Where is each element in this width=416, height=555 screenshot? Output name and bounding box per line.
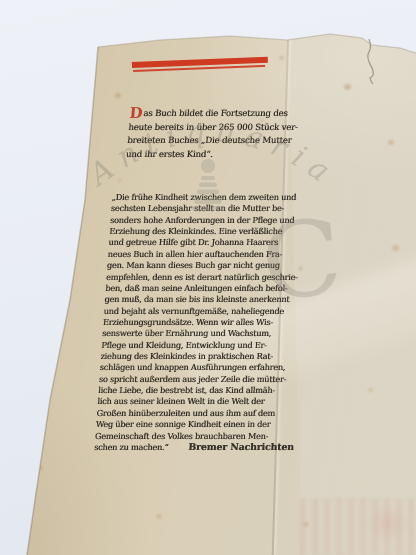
review-attribution: Bremer Nachrichten: [188, 442, 294, 453]
book-page: Das Buch bildet die Fortsetzung des heut…: [0, 0, 416, 555]
photo-backdrop: Das Buch bildet die Fortsetzung des heut…: [0, 0, 416, 555]
review-paragraph: „Die frühe Kindheit zwischen dem zweiten…: [94, 192, 312, 453]
review-text: „Die frühe Kindheit zwischen dem zweiten…: [94, 192, 298, 452]
teaser-text: as Buch bildet die Fortsetzung des heute…: [125, 109, 298, 160]
red-rule: [132, 57, 268, 72]
drop-initial: D: [129, 104, 143, 122]
teaser-paragraph: Das Buch bildet die Fortsetzung des heut…: [125, 108, 299, 162]
